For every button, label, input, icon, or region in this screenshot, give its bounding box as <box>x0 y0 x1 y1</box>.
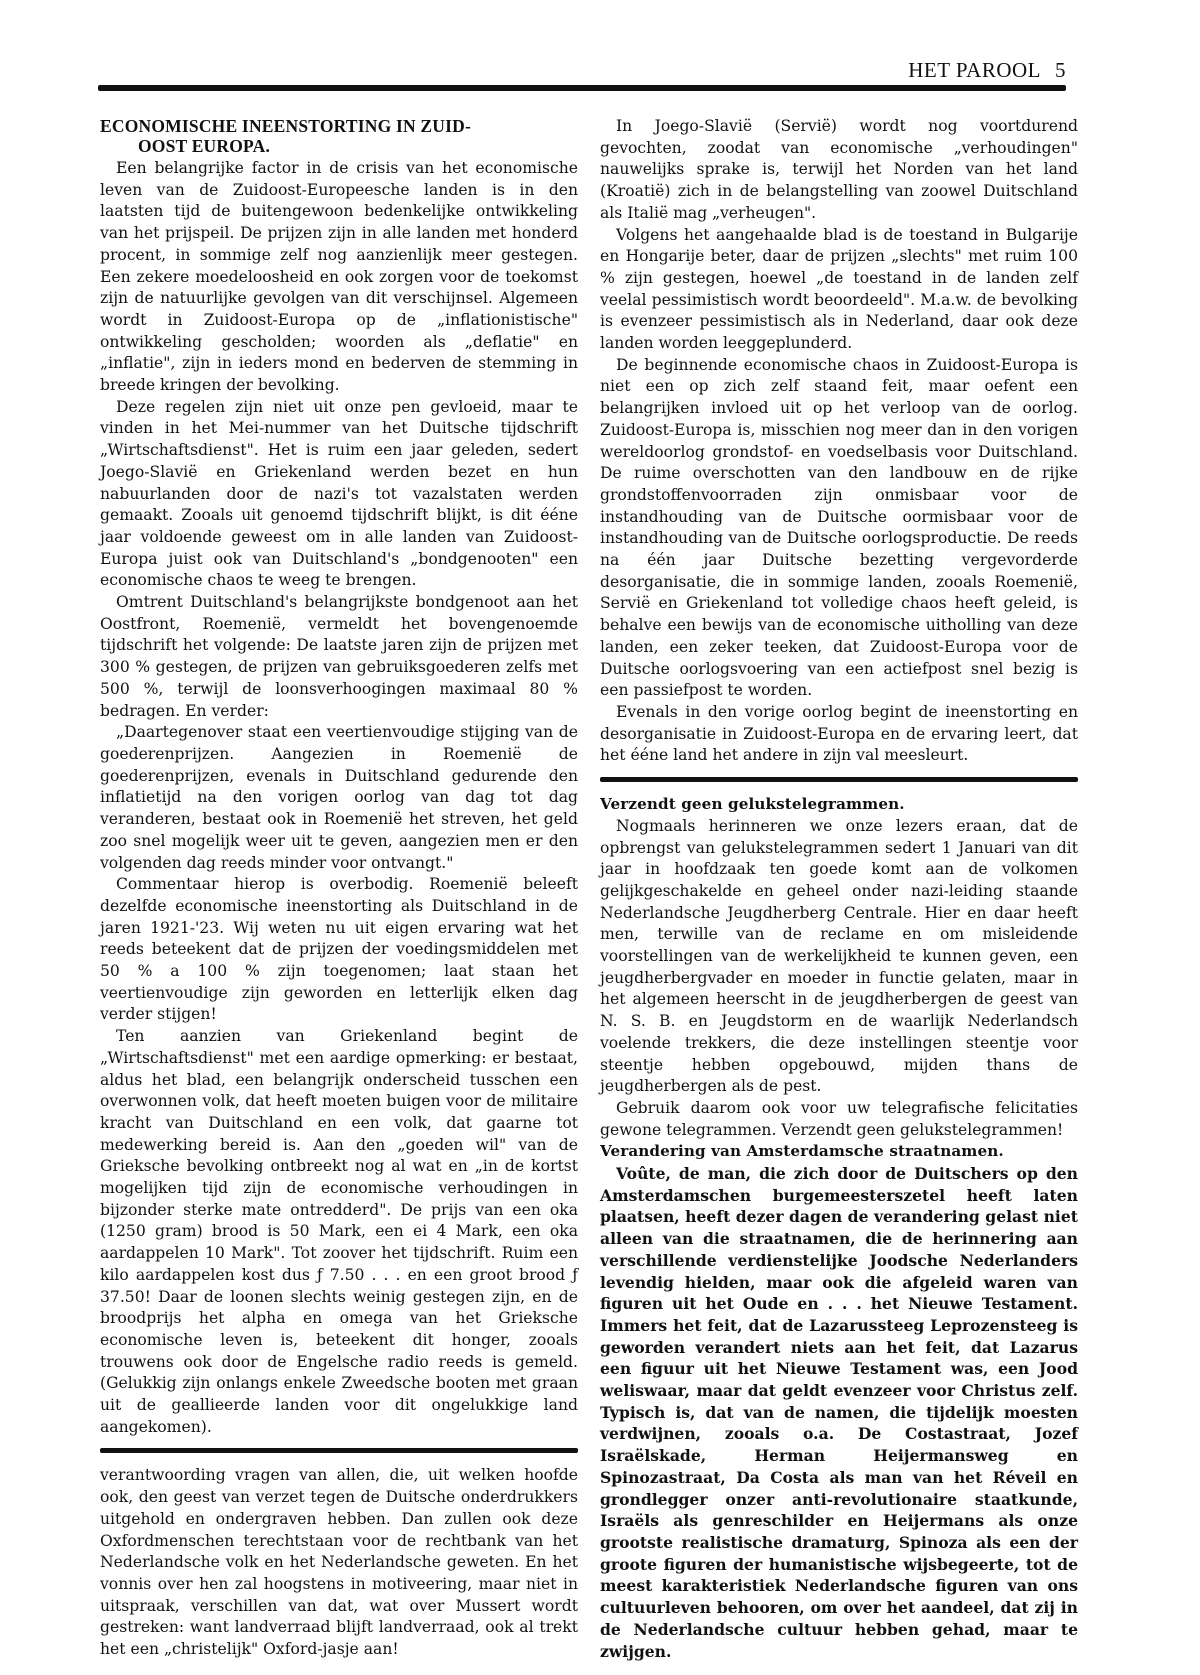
article-headline: ECONOMISCHE INEENSTORTING IN ZUID- OOST … <box>100 116 578 156</box>
publication-name: HET PAROOL <box>908 58 1041 82</box>
right-column: In Joego-Slavië (Servië) wordt nog voort… <box>600 116 1078 1662</box>
article-economic-collapse: ECONOMISCHE INEENSTORTING IN ZUID- OOST … <box>100 116 578 1438</box>
paragraph: Volgens het aangehaalde blad is de toest… <box>600 225 1078 355</box>
article-street-names: Verandering van Amsterdamsche straatname… <box>600 1141 1078 1662</box>
paragraph: Nogmaals herinneren we onze lezers eraan… <box>600 816 1078 1098</box>
paragraph: Voûte, de man, die zich door de Duitsche… <box>600 1163 1078 1662</box>
article-oxford-continuation: verantwoording vragen van allen, die, ui… <box>100 1465 578 1660</box>
header-rule <box>98 85 1066 91</box>
paragraph: verantwoording vragen van allen, die, ui… <box>100 1465 578 1660</box>
paragraph: Ten aanzien van Griekenland begint de „W… <box>100 1026 578 1438</box>
article-economic-collapse-continued: In Joego-Slavië (Servië) wordt nog voort… <box>600 116 1078 767</box>
paragraph: De beginnende economische chaos in Zuido… <box>600 355 1078 702</box>
article-no-luck-telegrams: Verzendt geen gelukstelegrammen. Nogmaal… <box>600 794 1078 1141</box>
headline-line-2: OOST EUROPA. <box>100 136 578 156</box>
column-divider <box>100 1448 578 1453</box>
paragraph: In Joego-Slavië (Servië) wordt nog voort… <box>600 116 1078 225</box>
left-column: ECONOMISCHE INEENSTORTING IN ZUID- OOST … <box>100 116 578 1661</box>
section-title: Verandering van Amsterdamsche straatname… <box>600 1141 1078 1163</box>
paragraph: Evenals in den vorige oorlog begint de i… <box>600 702 1078 767</box>
paragraph: Commentaar hierop is overbodig. Roemenië… <box>100 874 578 1026</box>
masthead: HET PAROOL5 <box>856 58 1066 83</box>
paragraph: Deze regelen zijn niet uit onze pen gevl… <box>100 397 578 592</box>
section-title: Verzendt geen gelukstelegrammen. <box>600 794 1078 816</box>
paragraph: Omtrent Duitschland's belangrijkste bond… <box>100 592 578 722</box>
headline-line-1: ECONOMISCHE INEENSTORTING IN ZUID- <box>100 116 471 136</box>
paragraph: Gebruik daarom ook voor uw telegrafische… <box>600 1098 1078 1141</box>
quote-paragraph: „Daartegenover staat een veertienvoudige… <box>100 722 578 874</box>
column-divider <box>600 777 1078 782</box>
page-number: 5 <box>1055 58 1066 82</box>
paragraph: Een belangrijke factor in de crisis van … <box>100 158 578 397</box>
